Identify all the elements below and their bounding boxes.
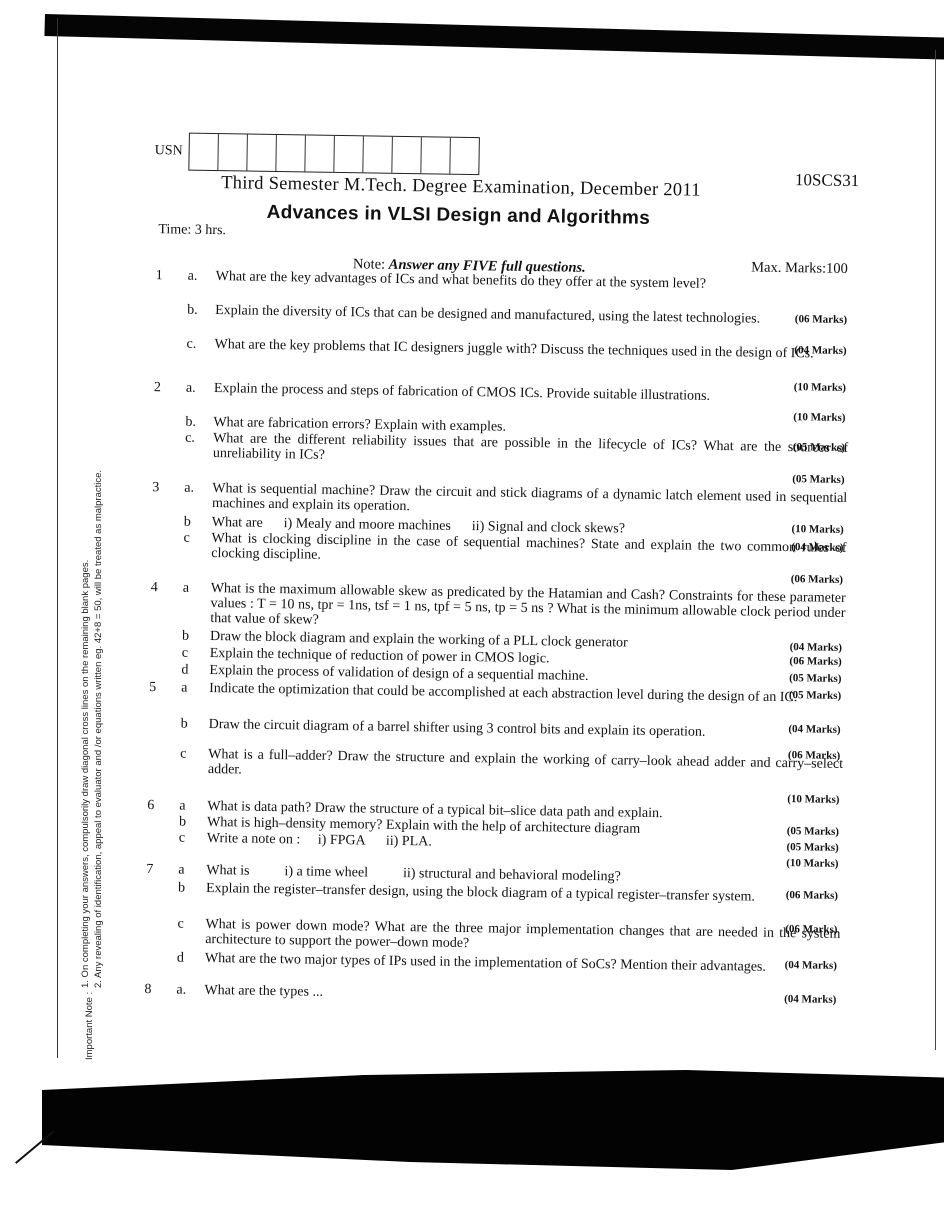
question-number: 6	[147, 798, 159, 813]
question-item: 2 a. Explain the process and steps of fa…	[146, 380, 846, 391]
scan-top-shadow	[44, 14, 944, 61]
question-number: 8	[144, 982, 156, 997]
question-marks: (10 Marks)	[786, 856, 838, 872]
question-part-letter: c.	[186, 337, 200, 352]
question-part-letter: d	[177, 951, 191, 966]
important-note-title: Important Note :	[84, 992, 96, 1060]
question-part-letter: c	[179, 831, 193, 846]
question-text: What is power down mode? What are the th…	[205, 917, 840, 957]
question-item: 7 a What is i) a time wheel ii) structur…	[138, 862, 838, 873]
question-part-letter: c	[180, 747, 194, 762]
question-marks: (10 Marks)	[787, 792, 839, 808]
question-part-letter: c	[182, 646, 196, 661]
question-item: 6 a What is data path? Draw the structur…	[139, 798, 839, 809]
question-part-letter: c.	[185, 431, 199, 446]
note-prefix: Note:	[353, 256, 385, 273]
usn-box	[392, 137, 422, 173]
question-text: What is sequential machine? Draw the cir…	[212, 481, 847, 521]
question-marks: (06 Marks)	[791, 572, 843, 588]
question-part-letter: c	[183, 531, 197, 546]
usn-box	[189, 134, 219, 170]
question-part-letter: b	[179, 815, 193, 830]
question-part-letter: a.	[176, 983, 190, 998]
question-item: 3 a. What is sequential machine? Draw th…	[144, 480, 844, 491]
exam-paper: USN 10SCS31 Third Semester M.Tech. Degre…	[150, 128, 860, 139]
question-number: 4	[151, 580, 163, 595]
question-part-letter: b	[181, 717, 195, 732]
scan-artifact-line	[15, 1130, 55, 1164]
question-item: b. What are fabrication errors? Explain …	[146, 414, 846, 425]
question-text: Explain the diversity of ICs that can be…	[215, 303, 850, 328]
question-part-letter: c	[177, 917, 191, 932]
exam-title: Third Semester M.Tech. Degree Examinatio…	[221, 173, 701, 202]
question-item: c. What are the key problems that IC des…	[147, 336, 847, 347]
important-note-line-1: 1. On completing your answers, compulsor…	[80, 560, 92, 988]
question-part-letter: a	[181, 681, 195, 696]
question-part-letter: a.	[188, 269, 202, 284]
usn-box	[218, 134, 248, 170]
question-text: Draw the circuit diagram of a barrel shi…	[209, 717, 844, 742]
question-text: Explain the process and steps of fabrica…	[214, 381, 849, 406]
question-item: c What is power down mode? What are the …	[138, 916, 838, 927]
subject-code: 10SCS31	[795, 170, 860, 191]
page-right-edge	[935, 50, 936, 1050]
subject-title: Advances in VLSI Design and Algorithms	[267, 202, 651, 230]
question-item: 4 a What is the maximum allowable skew a…	[143, 580, 843, 591]
max-marks: Max. Marks:100	[751, 259, 848, 278]
question-part-letter: a.	[184, 481, 198, 496]
question-part-letter: b.	[187, 303, 201, 318]
usn-box	[334, 136, 364, 172]
question-part-letter: d	[181, 663, 195, 678]
scan-bottom-shadow	[42, 1070, 944, 1170]
usn-box	[276, 135, 306, 171]
question-number: 7	[146, 862, 158, 877]
usn-boxes	[188, 133, 480, 176]
question-text: What are the key problems that IC design…	[214, 337, 849, 362]
question-part-letter: a	[183, 581, 197, 596]
question-marks: (05 Marks)	[792, 472, 844, 488]
question-number: 5	[149, 680, 161, 695]
usn-box	[247, 135, 277, 171]
question-item: b. Explain the diversity of ICs that can…	[147, 302, 847, 313]
usn-box	[421, 137, 451, 173]
question-item: c What is a full–adder? Draw the structu…	[140, 746, 840, 757]
question-text: What is the maximum allowable skew as pr…	[210, 581, 846, 636]
important-note-line-2: 2. Any revealing of identification, appe…	[93, 470, 105, 988]
usn-box	[450, 138, 479, 174]
question-part-letter: a	[178, 863, 192, 878]
question-number: 3	[152, 480, 164, 495]
usn-box	[305, 135, 335, 171]
page-left-edge	[57, 18, 58, 1058]
question-part-letter: a	[179, 799, 193, 814]
usn-box	[363, 136, 393, 172]
question-part-letter: a.	[186, 381, 200, 396]
exam-duration: Time: 3 hrs.	[158, 222, 226, 239]
question-number: 1	[156, 268, 168, 283]
question-number: 2	[154, 380, 166, 395]
question-text: What are the types ...	[204, 983, 839, 1008]
question-part-letter: b	[178, 881, 192, 896]
question-item: b Draw the circuit diagram of a barrel s…	[141, 716, 841, 727]
question-text: What is a full–adder? Draw the structure…	[208, 747, 843, 787]
usn-label: USN	[155, 143, 183, 159]
question-part-letter: b	[184, 515, 198, 530]
question-part-letter: b	[182, 629, 196, 644]
question-item: 8 a. What are the types ...	[137, 982, 837, 993]
question-part-letter: b.	[185, 415, 199, 430]
usn-field: USN	[154, 132, 480, 175]
